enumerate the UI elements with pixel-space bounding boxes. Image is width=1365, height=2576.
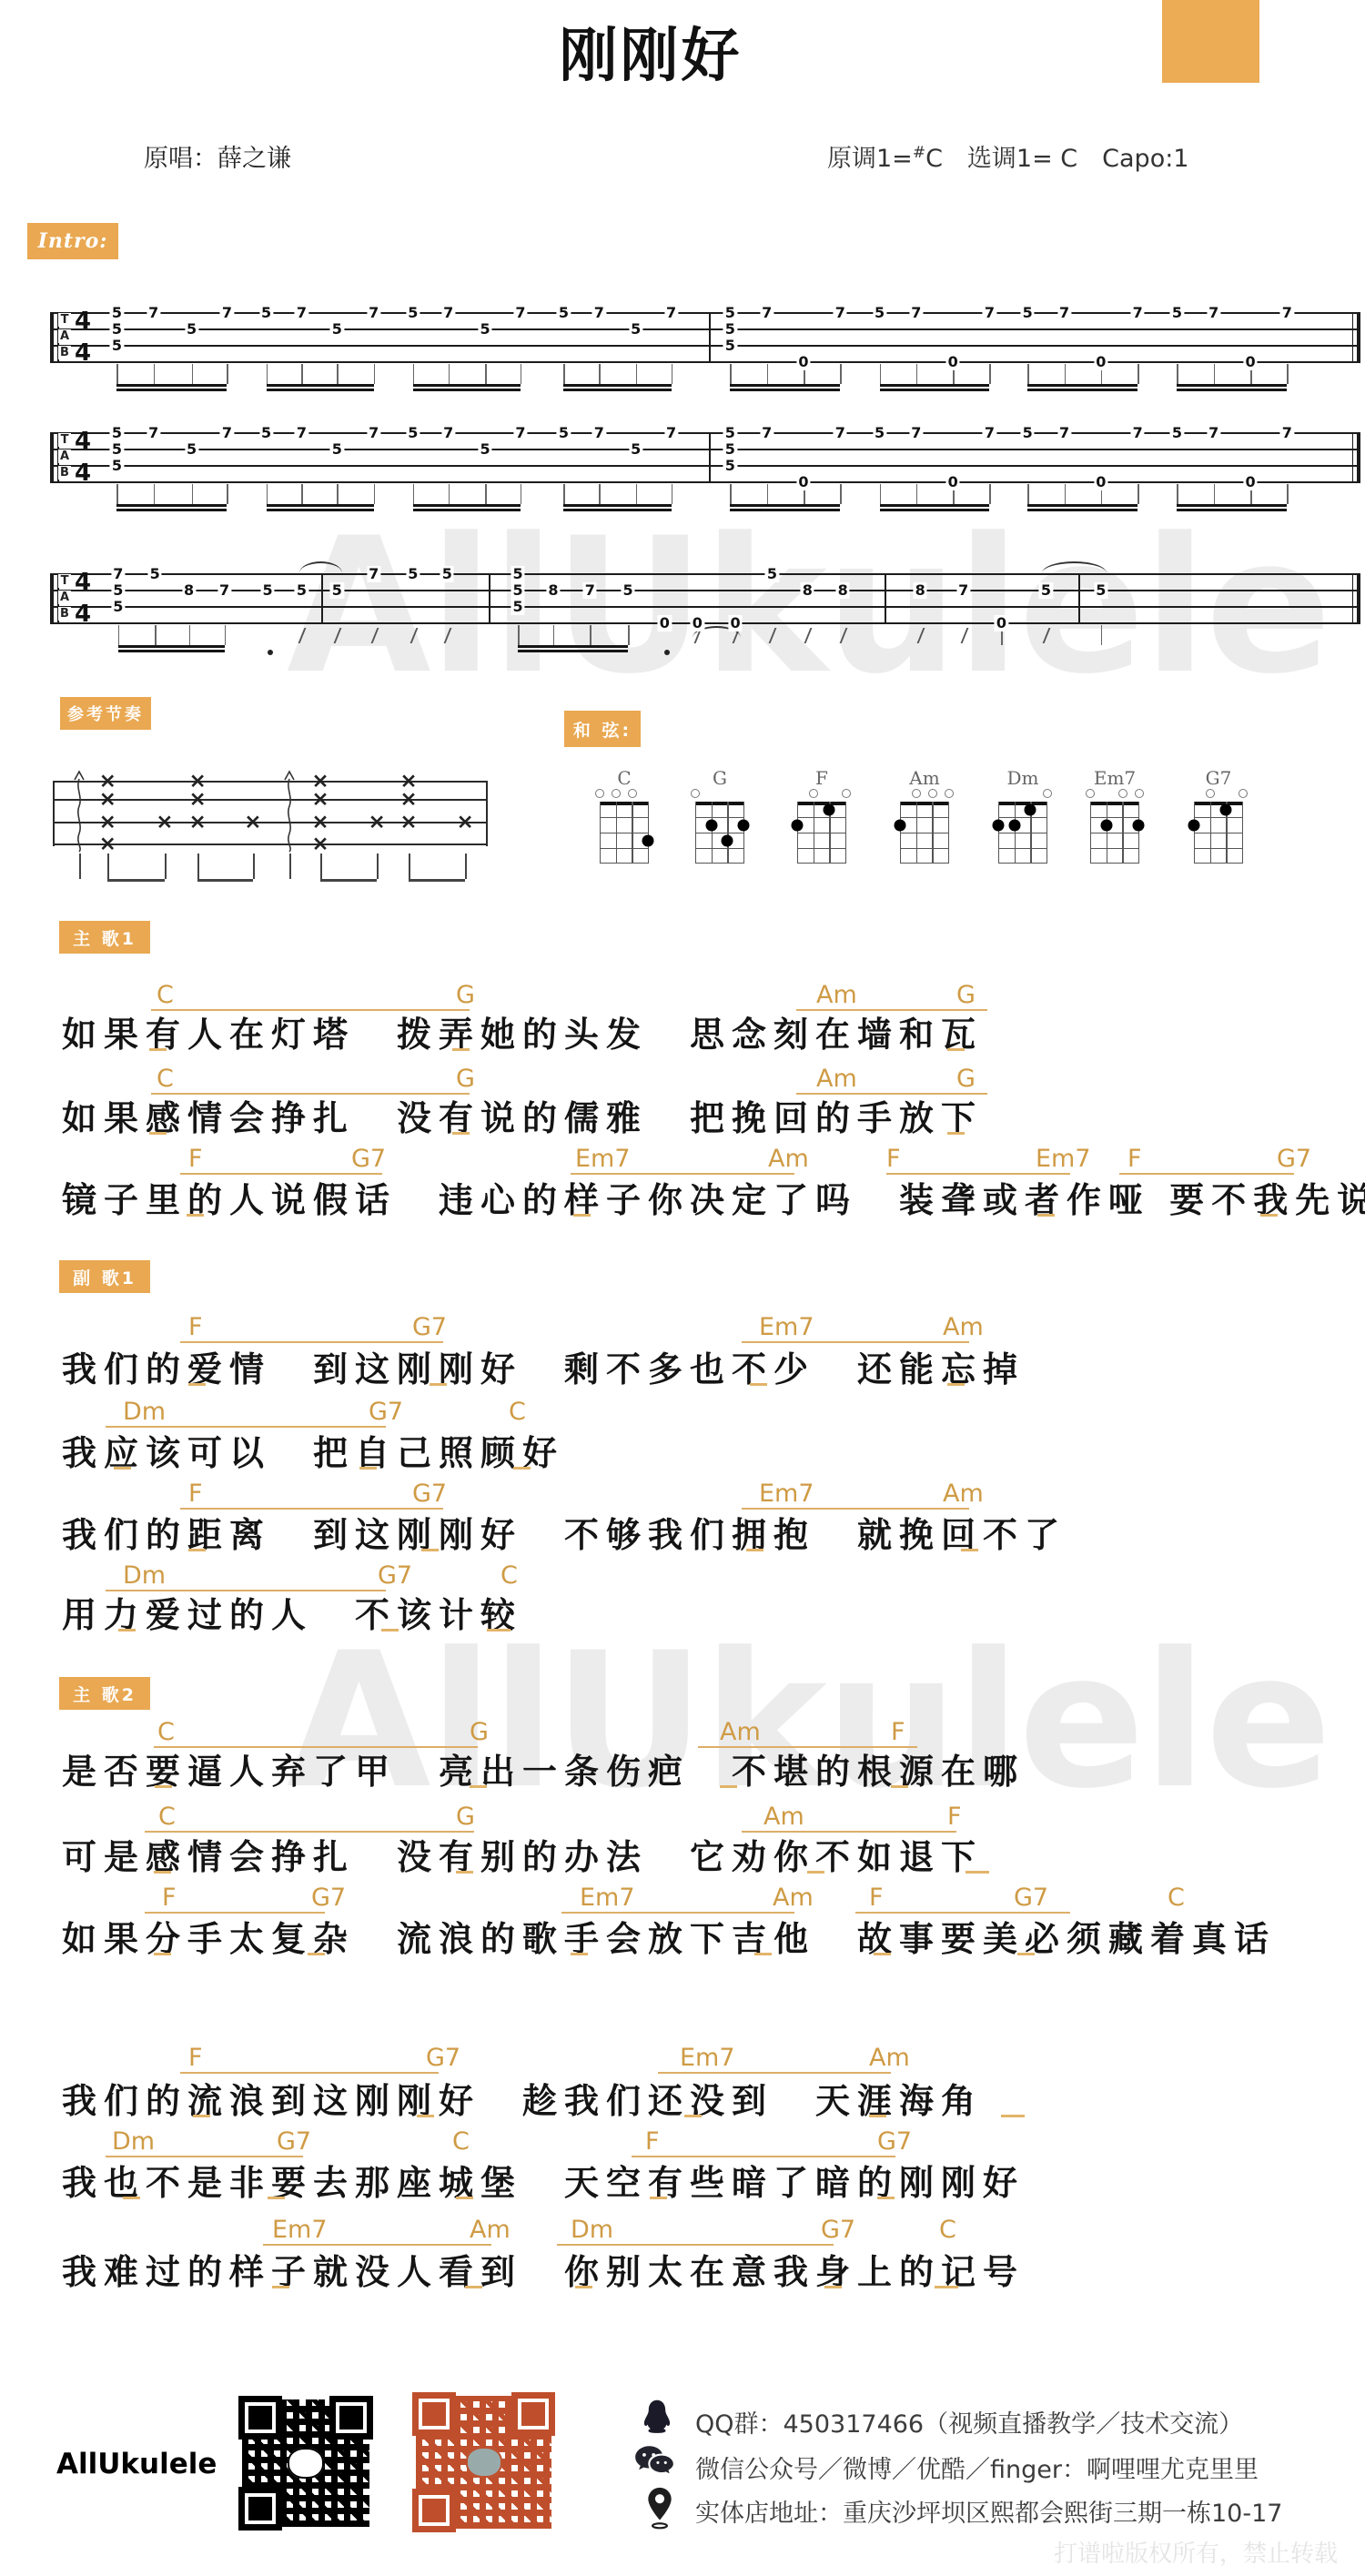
beat-dash xyxy=(149,1048,167,1051)
tab-note: 5 xyxy=(723,305,737,321)
beam-line xyxy=(1027,389,1137,391)
note-stem xyxy=(840,484,842,504)
fret-line xyxy=(1194,817,1243,818)
tab-note: 5 xyxy=(110,338,124,354)
tab-note: 5 xyxy=(479,321,492,338)
qr-finder xyxy=(511,2392,555,2436)
tab-note: 5 xyxy=(479,441,492,458)
chord-grid xyxy=(998,802,1047,864)
barline xyxy=(885,573,886,624)
note-stem xyxy=(192,484,194,504)
string-line xyxy=(845,802,846,864)
tab-note: 8 xyxy=(801,582,814,599)
chord-label-Am: Am xyxy=(768,1145,809,1173)
tab-note: 5 xyxy=(1021,305,1035,321)
chord-label-Em7: Em7 xyxy=(1036,1145,1091,1173)
beat-dash xyxy=(1017,1953,1035,1955)
tab-note: 7 xyxy=(220,305,234,321)
tab-note: 5 xyxy=(621,582,634,599)
beat-dash xyxy=(754,1953,772,1955)
rhythm-stem xyxy=(197,854,199,879)
chord-name: G7 xyxy=(1176,767,1261,789)
lyrics-line: 我们的距离 到这刚刚好 不够我们拥抱 就挽回不了 xyxy=(62,1507,1067,1557)
note-stem xyxy=(1214,364,1216,384)
tab-note: 5 xyxy=(330,441,344,458)
strum-slash xyxy=(917,628,925,643)
chord-label-F: F xyxy=(645,2127,660,2156)
chord-grid xyxy=(1090,802,1139,864)
beat-dash xyxy=(154,1953,171,1955)
tab-note: 5 xyxy=(629,441,642,458)
time-signature-top: 4 xyxy=(75,309,91,333)
rhythm-line xyxy=(53,781,488,783)
tab-note: 7 xyxy=(367,425,380,441)
beat-dash xyxy=(452,1048,470,1051)
tab-note: 5 xyxy=(406,425,420,441)
tab-note: 7 xyxy=(1280,425,1294,441)
strum-slash xyxy=(804,628,813,643)
tab-note: 5 xyxy=(873,305,886,321)
chord-label-F: F xyxy=(188,1480,203,1508)
string-label-A: A xyxy=(58,329,71,343)
section-label-2: 副 歌1 xyxy=(59,1260,150,1293)
time-signature-top: 4 xyxy=(75,429,91,453)
note-stem xyxy=(767,484,769,504)
fret-line xyxy=(600,817,649,818)
rhythm-line xyxy=(53,822,488,823)
string-line xyxy=(1122,802,1123,864)
strum-x-mark: × xyxy=(156,813,173,833)
note-stem xyxy=(599,364,601,384)
string-line xyxy=(916,802,917,864)
key-original-prefix: 原调1= xyxy=(827,145,913,173)
strum-x-mark: × xyxy=(399,790,417,811)
chord-grid xyxy=(695,802,744,864)
beat-dash xyxy=(193,2115,210,2117)
chord-nut xyxy=(1194,802,1243,805)
fret-line xyxy=(797,833,846,833)
beat-dash xyxy=(1260,1214,1278,1217)
finger-dot xyxy=(1220,803,1232,815)
barline-end-thick xyxy=(1357,432,1360,483)
beat-dash xyxy=(513,1467,531,1470)
beat-dash xyxy=(417,2115,434,2117)
string-line xyxy=(1015,802,1016,864)
note-stem xyxy=(989,484,991,504)
beam-line xyxy=(518,645,628,648)
barline-end-thick xyxy=(1357,573,1360,624)
qr-code-orange xyxy=(412,2392,555,2532)
chord-label-Em7: Em7 xyxy=(580,1884,635,1912)
rhythm-beam xyxy=(107,879,165,882)
beat-dash xyxy=(308,1953,325,1955)
chord-label-G7: G7 xyxy=(277,2127,311,2156)
chord-label-Am: Am xyxy=(943,1313,984,1341)
chord-label-C: C xyxy=(1168,1884,1185,1912)
beat-dash xyxy=(746,1549,763,1551)
note-stem xyxy=(1177,364,1178,384)
note-stem xyxy=(154,364,156,384)
fret-line xyxy=(900,848,949,849)
tab-note: 5 xyxy=(259,305,273,321)
tab-note: 5 xyxy=(1039,582,1053,599)
beam-line xyxy=(413,504,521,507)
open-string-mark xyxy=(1239,789,1248,798)
beat-dash xyxy=(807,1871,824,1874)
tab-note: 5 xyxy=(557,305,571,321)
lyrics-line: 如果分手太复杂 流浪的歌手会放下吉他 故事要美必须藏着真话 xyxy=(62,1911,1276,1961)
chord-label-C: C xyxy=(157,1065,174,1093)
fret-line xyxy=(1090,817,1139,818)
note-stem xyxy=(227,484,228,504)
beam-line xyxy=(1027,504,1137,507)
note-stem xyxy=(1027,484,1029,504)
staff-line xyxy=(50,312,1360,314)
string-line xyxy=(712,802,713,864)
open-string-mark xyxy=(945,789,954,798)
finger-dot xyxy=(895,819,906,831)
tab-note: 7 xyxy=(1131,425,1145,441)
beat-dash xyxy=(891,1785,908,1788)
barline-end-thin xyxy=(1352,573,1354,624)
beam-line xyxy=(730,389,840,391)
song-sheet-page: AllUkulele AllUkulele 打谱啦版权所有，禁止转载 刚刚好 原… xyxy=(0,0,1365,2576)
strum-slash xyxy=(840,628,848,643)
tab-note: 7 xyxy=(217,582,231,599)
tab-note: 5 xyxy=(440,566,454,582)
tab-note: 7 xyxy=(664,305,678,321)
beat-dash xyxy=(188,1383,206,1386)
chord-label-G7: G7 xyxy=(1277,1145,1311,1173)
rhythm-stem xyxy=(165,854,167,879)
tab-note: 5 xyxy=(260,582,274,599)
trailing-underline xyxy=(935,2286,958,2288)
note-stem xyxy=(1101,625,1103,645)
tab-note: 7 xyxy=(441,425,455,441)
chord-nut xyxy=(998,802,1047,805)
strum-x-mark: × xyxy=(189,790,207,811)
note-stem xyxy=(989,364,991,384)
tab-note: 7 xyxy=(1280,305,1294,321)
strum-slash xyxy=(1043,628,1051,643)
beam-line xyxy=(730,504,840,507)
rhythm-line xyxy=(53,799,488,801)
note-stem xyxy=(916,484,918,504)
lyrics-line: 可是感情会挣扎 没有别的办法 它劝你不如退下 xyxy=(62,1829,983,1879)
chord-label-F: F xyxy=(886,1145,901,1173)
beat-dash xyxy=(421,1549,439,1551)
tab-note: 8 xyxy=(836,582,850,599)
finger-dot xyxy=(824,803,835,815)
barline-start-thick xyxy=(50,573,54,624)
tab-note: 7 xyxy=(760,425,773,441)
copyright-watermark: 打谱啦版权所有，禁止转载 xyxy=(1054,2535,1338,2569)
string-line xyxy=(632,802,632,864)
tab-note: 5 xyxy=(110,305,124,321)
barline-end-thin xyxy=(1352,312,1354,363)
finger-dot xyxy=(1025,803,1036,815)
tab-note: 7 xyxy=(295,425,308,441)
lyrics-line: 我应该可以 把自己照顾好 xyxy=(62,1425,564,1475)
fret-line xyxy=(797,863,846,864)
finger-dot xyxy=(642,834,653,846)
rhythm-stem xyxy=(79,854,81,879)
beat-dash xyxy=(123,2197,140,2199)
note-stem xyxy=(916,364,918,384)
fret-line xyxy=(797,848,846,849)
fret-line xyxy=(1194,848,1243,849)
chord-name: Dm xyxy=(980,767,1066,789)
tab-note: 8 xyxy=(546,582,560,599)
chord-label-Em7: Em7 xyxy=(759,1480,814,1508)
string-line xyxy=(616,802,617,864)
beat-dash xyxy=(456,2197,473,2199)
chord-label-Dm: Dm xyxy=(112,2127,155,2156)
beat-dash xyxy=(149,1132,167,1135)
note-stem xyxy=(563,484,565,504)
beat-dash xyxy=(430,1383,447,1386)
beam-line xyxy=(563,509,671,511)
note-stem xyxy=(1065,364,1067,384)
lyrics-line: 我们的爱情 到这刚刚好 剩不多也不少 还能忘掉 xyxy=(62,1341,1025,1391)
tab-note: 7 xyxy=(367,566,380,582)
footer-wechat-line: 微信公众号／微博／优酷／finger：啊哩哩尤克里里 xyxy=(695,2450,1259,2485)
corner-accent-block xyxy=(1162,0,1259,83)
note-stem xyxy=(1065,484,1067,504)
strum-x-mark: × xyxy=(311,790,329,811)
beam-line xyxy=(267,509,374,511)
tab-note: 8 xyxy=(914,582,927,599)
beat-dash xyxy=(359,1467,377,1470)
barline-end-thick xyxy=(1357,312,1360,363)
chord-label-G: G xyxy=(956,1065,976,1093)
qr-finder xyxy=(238,2487,282,2531)
rhythm-reference-label: 参考节奏 xyxy=(60,697,151,730)
brand-logo: AllUkulele xyxy=(56,2448,217,2480)
string-label-A: A xyxy=(58,591,71,604)
string-label-A: A xyxy=(58,450,71,463)
lyrics-line: 是否要逼人弃了甲 亮出一条伤疤 不堪的根源在哪 xyxy=(62,1743,1025,1793)
chord-label-Am: Am xyxy=(816,1065,857,1093)
string-line xyxy=(1242,802,1243,864)
tab-note: 5 xyxy=(723,425,737,441)
string-line xyxy=(998,802,999,864)
tab-note: 7 xyxy=(1057,425,1071,441)
open-string-mark xyxy=(612,789,621,798)
beat-dash xyxy=(750,1383,767,1386)
beam-line xyxy=(1027,509,1137,511)
fret-line xyxy=(1090,833,1139,833)
chord-label-Am: Am xyxy=(470,2216,511,2244)
chords-label: 和 弦: xyxy=(564,711,641,747)
string-label-B: B xyxy=(58,466,71,480)
note-stem xyxy=(1137,484,1139,504)
tab-note: 7 xyxy=(147,425,160,441)
chord-label-G: G xyxy=(456,1065,475,1093)
string-line xyxy=(1090,802,1091,864)
rhythm-stem xyxy=(289,854,291,879)
chord-grid xyxy=(600,802,649,864)
note-stem xyxy=(599,484,601,504)
tab-note: 0 xyxy=(658,615,672,631)
tab-note: 5 xyxy=(330,582,344,599)
tab-note: 7 xyxy=(513,425,527,441)
chord-nut xyxy=(900,802,949,805)
chord-label-Dm: Dm xyxy=(123,1561,166,1590)
chord-label-Am: Am xyxy=(869,2044,910,2072)
open-string-mark xyxy=(912,789,921,798)
chord-label-G7: G7 xyxy=(412,1480,447,1508)
qr-center-logo xyxy=(288,2448,324,2479)
beam-line xyxy=(413,384,521,387)
rhythm-beam xyxy=(197,879,253,882)
tab-note: 7 xyxy=(367,305,380,321)
strum-x-mark: × xyxy=(368,813,385,833)
tab-note: 5 xyxy=(148,566,162,582)
string-label-T: T xyxy=(58,433,71,447)
beat-dash xyxy=(947,1132,965,1135)
note-stem xyxy=(449,364,450,384)
tab-note: 5 xyxy=(511,582,525,599)
note-stem xyxy=(116,364,118,384)
tab-note: 7 xyxy=(664,425,678,441)
beam-line xyxy=(563,389,671,391)
beam-line xyxy=(267,504,374,507)
chord-label-C: C xyxy=(509,1398,526,1426)
chord-label-Am: Am xyxy=(763,1803,804,1831)
staff-line xyxy=(50,573,1360,575)
tab-note: 5 xyxy=(406,566,420,582)
sharp-sign: # xyxy=(913,144,925,162)
tab-note: 5 xyxy=(111,582,125,599)
open-string-mark xyxy=(595,789,604,798)
qr-center-logo xyxy=(466,2447,502,2478)
string-line xyxy=(695,802,696,864)
beat-dash xyxy=(188,1549,206,1551)
string-line xyxy=(814,802,814,864)
beat-dash xyxy=(470,1785,487,1788)
fret-line xyxy=(1194,833,1243,833)
chord-label-G7: G7 xyxy=(378,1561,412,1590)
note-stem xyxy=(267,484,268,504)
note-stem xyxy=(767,364,769,384)
beat-dash xyxy=(465,2286,482,2288)
tab-note: 7 xyxy=(1207,305,1220,321)
fret-line xyxy=(900,817,949,818)
wechat-icon xyxy=(632,2444,677,2486)
tab-note: 5 xyxy=(185,321,198,338)
beat-dash xyxy=(272,2286,289,2288)
fret-line xyxy=(1194,863,1243,864)
chord-label-G7: G7 xyxy=(311,1884,346,1912)
strum-x-mark: × xyxy=(244,813,261,833)
string-line xyxy=(743,802,744,864)
finger-dot xyxy=(705,819,717,831)
note-stem xyxy=(485,484,487,504)
finger-dot xyxy=(1188,819,1200,831)
beam-line xyxy=(1177,384,1287,387)
note-stem xyxy=(590,625,591,645)
fret-line xyxy=(600,863,649,864)
tab-note: 5 xyxy=(723,458,737,474)
note-stem xyxy=(1214,484,1216,504)
finger-dot xyxy=(737,819,749,831)
time-signature-bottom: 4 xyxy=(75,461,91,485)
beat-dash xyxy=(114,1467,131,1470)
staff-line xyxy=(50,432,1360,434)
chord-label-Em7: Em7 xyxy=(575,1145,631,1173)
tab-note: 5 xyxy=(723,441,737,458)
tab-note: 5 xyxy=(873,425,886,441)
open-string-mark xyxy=(809,789,818,798)
chord-label-G: G xyxy=(956,981,976,1009)
note-stem xyxy=(840,364,842,384)
note-stem xyxy=(413,364,415,384)
rhythm-edge xyxy=(53,781,55,846)
fret-line xyxy=(1090,863,1139,864)
chord-label-C: C xyxy=(939,2216,956,2244)
chord-label-Em7: Em7 xyxy=(680,2044,735,2072)
key-rest: C 选调1= C Capo:1 xyxy=(925,145,1188,173)
tab-note: 0 xyxy=(946,354,960,370)
chord-grid xyxy=(797,802,846,864)
tab-note: 7 xyxy=(983,425,996,441)
tab-note: 0 xyxy=(1094,474,1107,490)
barline-start-thick xyxy=(50,432,54,483)
beat-dash xyxy=(155,1785,172,1788)
fret-line xyxy=(900,833,949,833)
open-string-mark xyxy=(1043,789,1052,798)
chord-label-F: F xyxy=(869,1884,884,1912)
note-stem xyxy=(1287,364,1289,384)
staff-line xyxy=(50,606,1360,608)
rhythm-stem xyxy=(377,854,379,879)
note-stem xyxy=(521,484,522,504)
tab-note: 7 xyxy=(583,582,597,599)
note-stem xyxy=(1137,364,1139,384)
qr-finder xyxy=(412,2392,456,2436)
trailing-underline xyxy=(1001,2115,1025,2117)
beam-line xyxy=(267,389,374,391)
tab-note: 0 xyxy=(729,615,743,631)
rhythm-stem xyxy=(107,854,109,879)
note-stem xyxy=(518,625,520,645)
string-line xyxy=(1046,802,1047,864)
qr-finder xyxy=(238,2396,282,2440)
staff-line xyxy=(50,328,1360,330)
trailing-underline xyxy=(966,1871,989,1874)
chord-label-C: C xyxy=(452,2127,470,2156)
staff-line xyxy=(50,465,1360,467)
rhythm-beam xyxy=(320,879,377,882)
beam-line xyxy=(1177,509,1287,511)
chord-label-F: F xyxy=(188,2044,203,2072)
chord-label-C: C xyxy=(500,1561,518,1590)
finger-dot xyxy=(1100,819,1112,831)
tab-note: 5 xyxy=(1170,425,1184,441)
tab-note: 7 xyxy=(760,305,773,321)
string-line xyxy=(600,802,601,864)
staff-line xyxy=(50,481,1360,483)
finger-dot xyxy=(792,819,804,831)
fret-line xyxy=(998,848,1047,849)
location-pin-icon xyxy=(642,2486,677,2533)
tab-note: 0 xyxy=(946,474,960,490)
rhythm-staff: ×××××××××××××××××× xyxy=(53,775,488,884)
time-signature-top: 4 xyxy=(75,571,91,594)
barline xyxy=(709,432,711,483)
strum-slash xyxy=(444,628,452,643)
